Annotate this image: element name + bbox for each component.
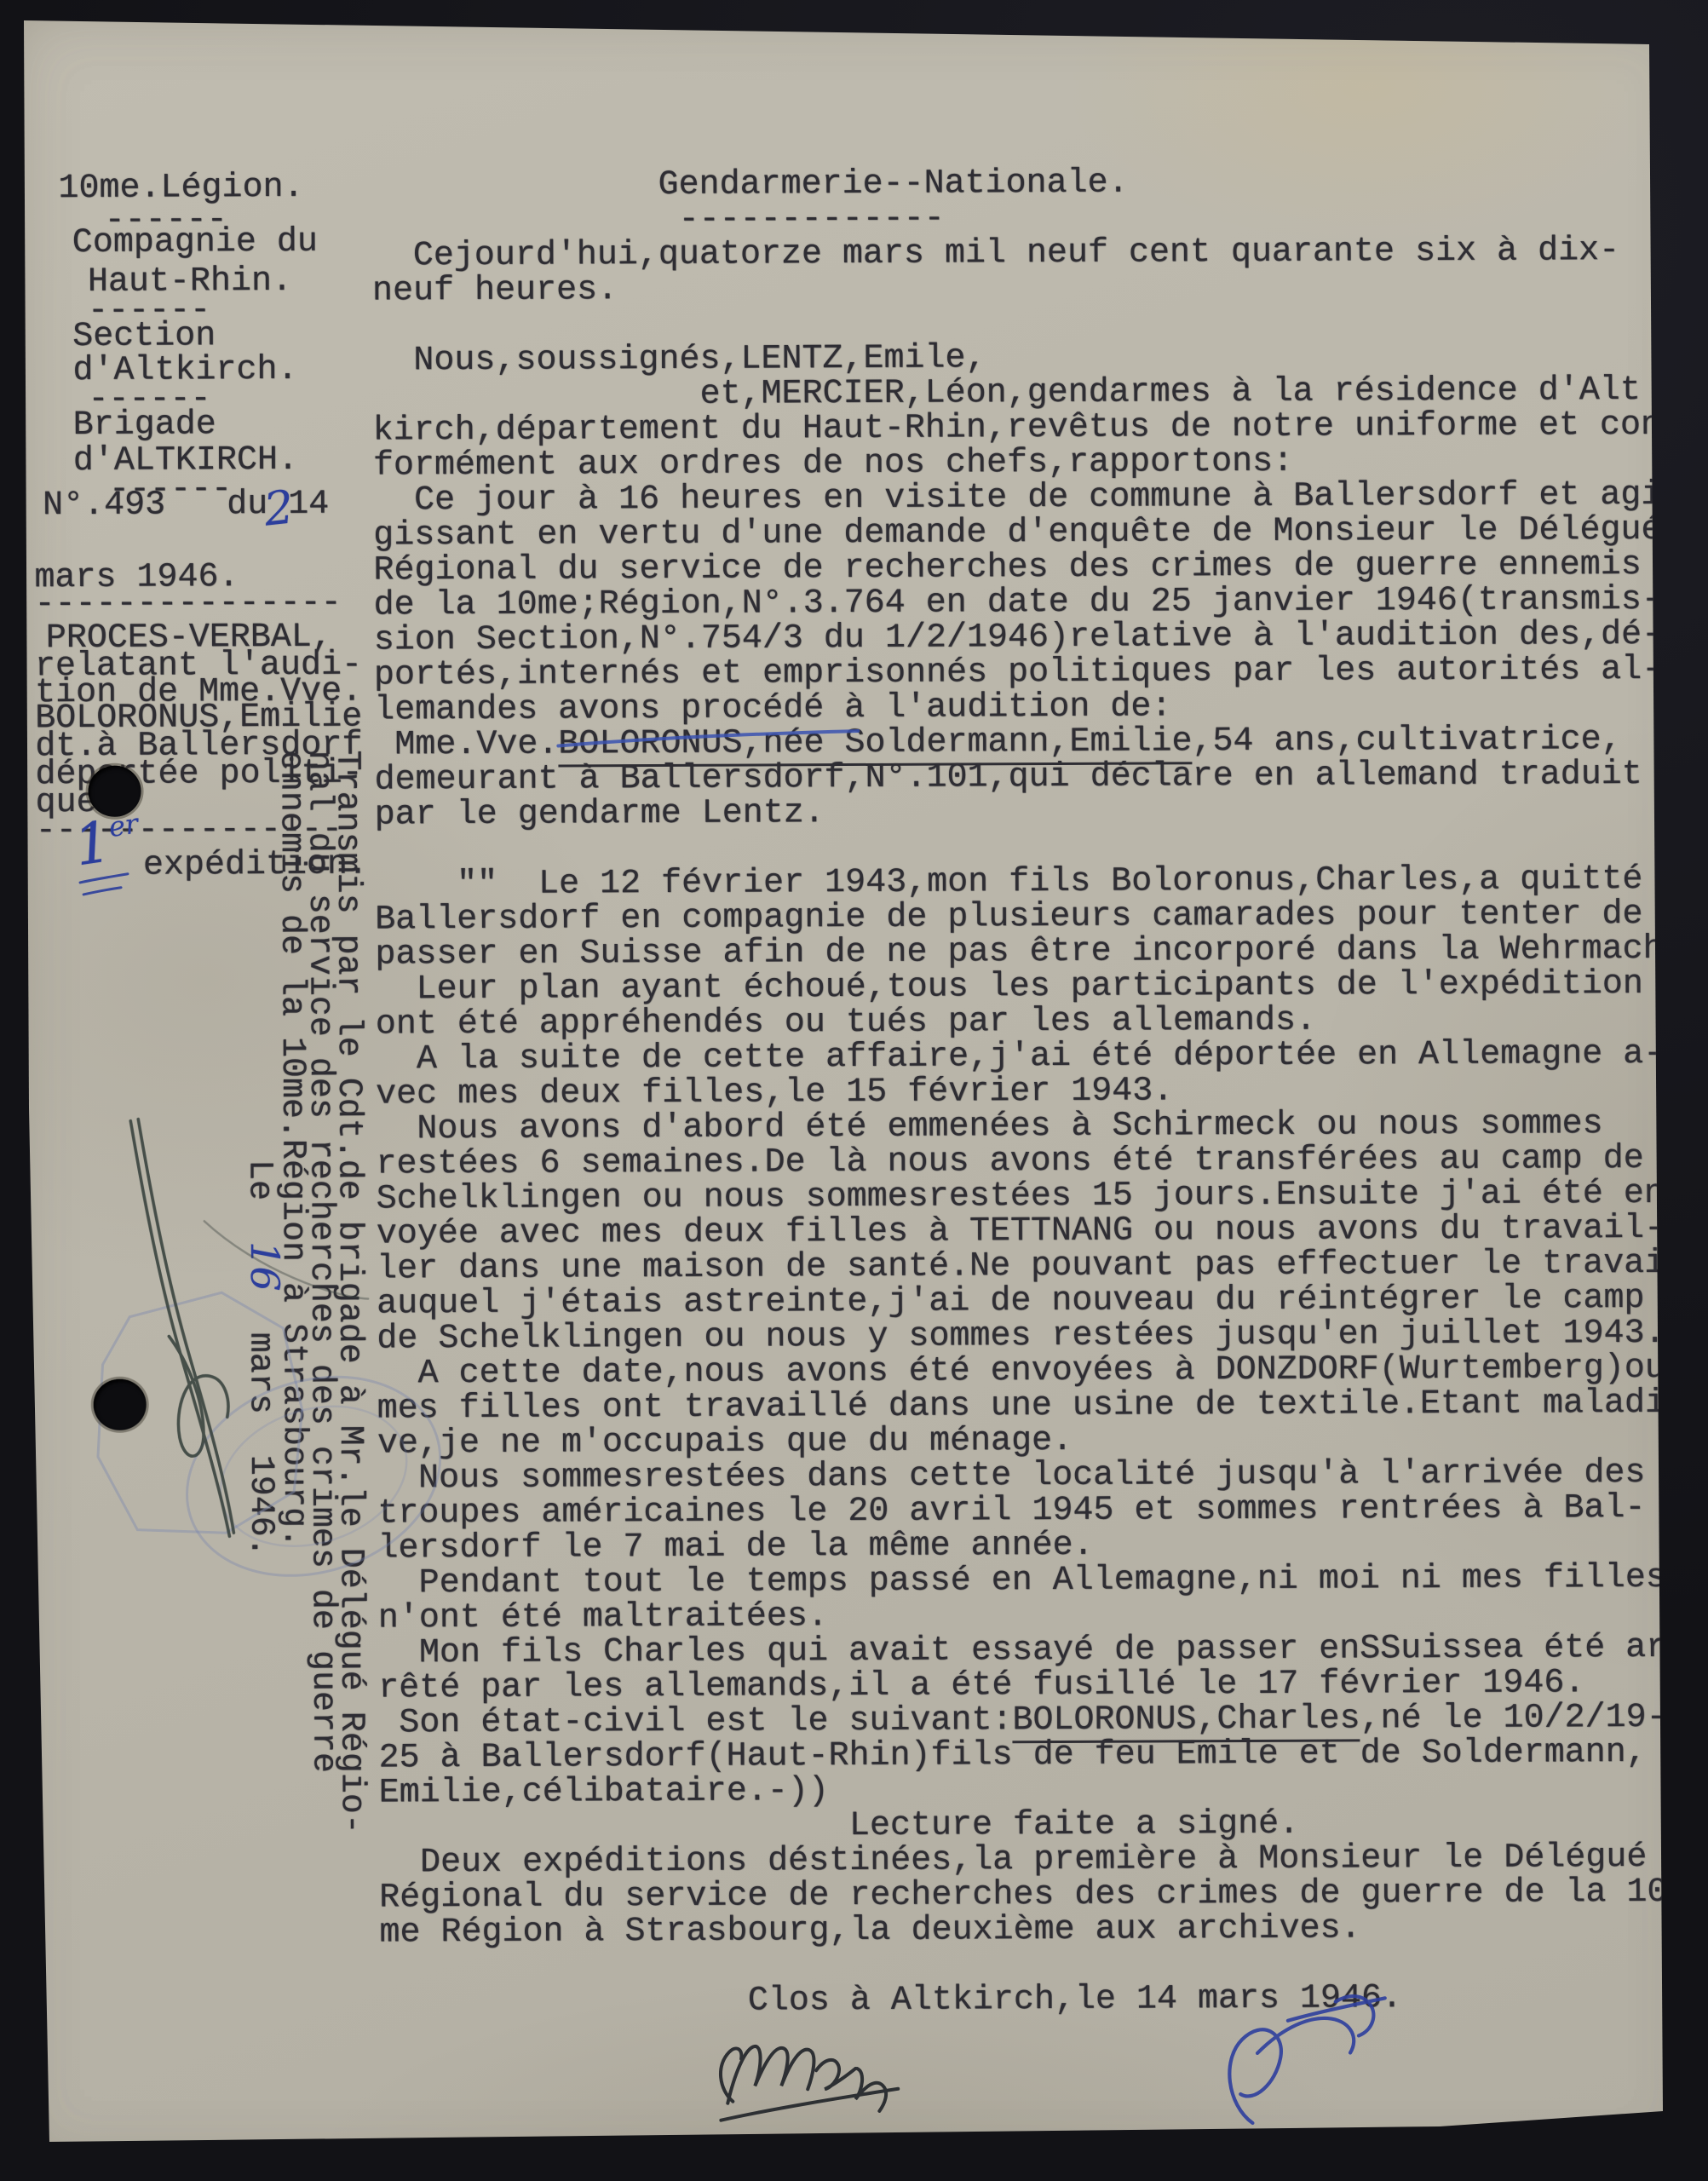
body-line: troupes américaines le 20 avril 1945 et … [377, 1491, 1708, 1532]
body-line: me Région à Strasbourg,la deuxième aux a… [379, 1910, 1708, 1951]
signature-mercier [721, 2046, 899, 2120]
body-line: Pendant tout le temps passé en Allemagne… [378, 1561, 1708, 1602]
body-line: portés,internés et emprisonnés politique… [374, 653, 1708, 693]
body-line: Leur plan ayant échoué,tous les particip… [376, 967, 1708, 1008]
handwritten-number-correction: 2 [262, 480, 296, 536]
left-header-line: Brigade [73, 408, 216, 443]
left-header-line: Section [72, 319, 216, 354]
body-line: demeurant à Ballersdorf,N°.101,qui décla… [374, 757, 1708, 798]
left-header-line: Compagnie du [72, 226, 318, 261]
body-line: kirch,département du Haut-Rhin,revêtus d… [373, 408, 1708, 449]
handwritten-day: 16 [242, 1241, 288, 1292]
body-line: neuf heures. [372, 268, 1708, 309]
scanned-document-scene: 10me.Légion.------Compagnie duHaut-Rhin.… [0, 0, 1708, 2181]
handwritten-annotations: 21er [0, 0, 1705, 3]
body-line: par le gendarme Lentz. [375, 792, 1708, 833]
body-line: 25 à Ballersdorf(Haut-Rhin)fils de feu E… [378, 1735, 1708, 1776]
transmission-line: Le 16 mars 1946. [248, 751, 281, 1884]
left-header-line: --------------- [35, 587, 342, 623]
paper-sheet: 10me.Légion.------Compagnie duHaut-Rhin.… [0, 0, 1708, 2181]
hole-punch-top [88, 766, 141, 817]
body-line: mes filles ont travaillé dans une usine … [377, 1386, 1708, 1427]
body-line: Emilie,célibataire.-)) [379, 1770, 1708, 1811]
left-margin-header: 10me.Légion.------Compagnie duHaut-Rhin.… [0, 0, 1705, 3]
body-line: Gendarmerie--Nationale. [371, 164, 1708, 204]
body-line: Cejourd'hui,quatorze mars mil neuf cent … [372, 233, 1708, 274]
body-line: A la suite de cette affaire,j'ai été dép… [376, 1037, 1708, 1078]
hole-punch-bottom [94, 1379, 147, 1430]
body-line: Clos à Altkirch,le 14 mars 1946. [380, 1980, 1708, 2021]
body-line: Régional du service de recherches des cr… [379, 1875, 1708, 1916]
page-content: 10me.Légion.------Compagnie duHaut-Rhin.… [0, 0, 1708, 2181]
document-body-text: Gendarmerie--Nationale. ------------- Ce… [371, 164, 1708, 2021]
transmission-note-rotated: Transmis par le Cdt.de brigade à Mr.le D… [248, 751, 365, 1885]
